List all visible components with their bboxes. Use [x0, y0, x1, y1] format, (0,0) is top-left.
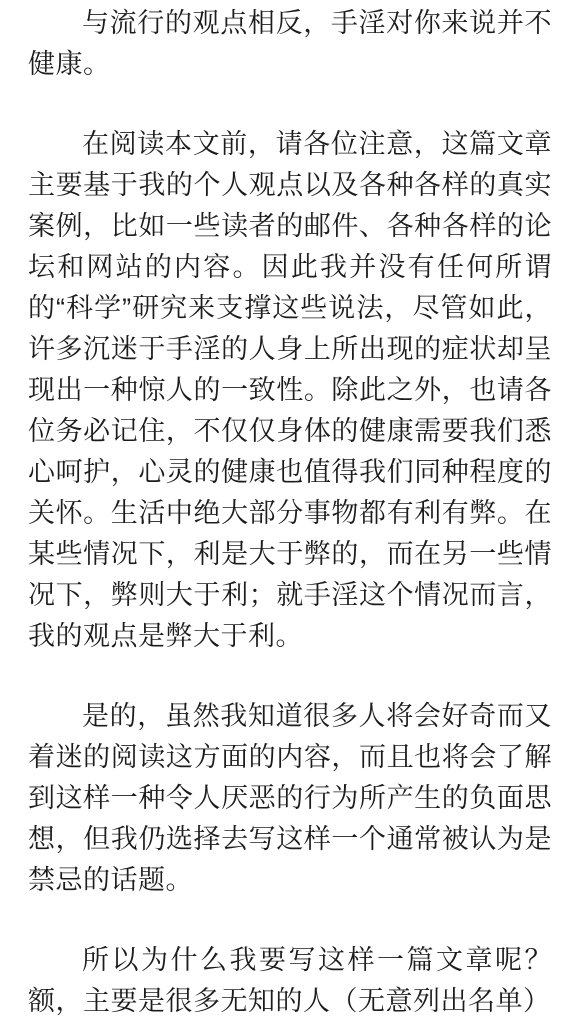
article-body: 与流行的观点相反，手淫对你来说并不健康。 在阅读本文前，请各位注意，这篇文章主要…	[0, 0, 580, 1019]
paragraph: 是的，虽然我知道很多人将会好奇而又着迷的阅读这方面的内容，而且也将会了解到这样一…	[28, 696, 552, 901]
paragraph: 所以为什么我要写这样一篇文章呢？额，主要是很多无知的人（无意列出名单）	[28, 940, 552, 1019]
paragraph: 与流行的观点相反，手淫对你来说并不健康。	[28, 3, 552, 85]
article-page: { "page": { "background_color": "#ffffff…	[0, 0, 580, 1019]
paragraph: 在阅读本文前，请各位注意，这篇文章主要基于我的个人观点以及各种各样的真实案例，比…	[28, 124, 552, 657]
